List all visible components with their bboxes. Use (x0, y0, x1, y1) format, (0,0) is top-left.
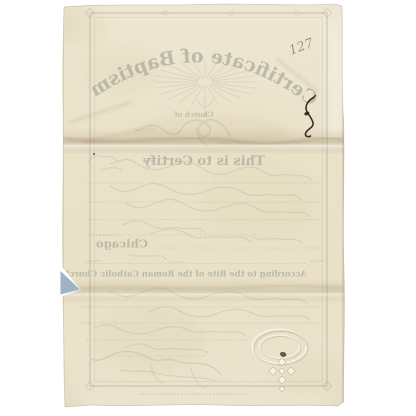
paper-texture (60, 0, 350, 416)
photo-canvas: Certificate of Baptism Church of This is… (0, 0, 416, 416)
scanned-document: Certificate of Baptism Church of This is… (0, 0, 416, 416)
